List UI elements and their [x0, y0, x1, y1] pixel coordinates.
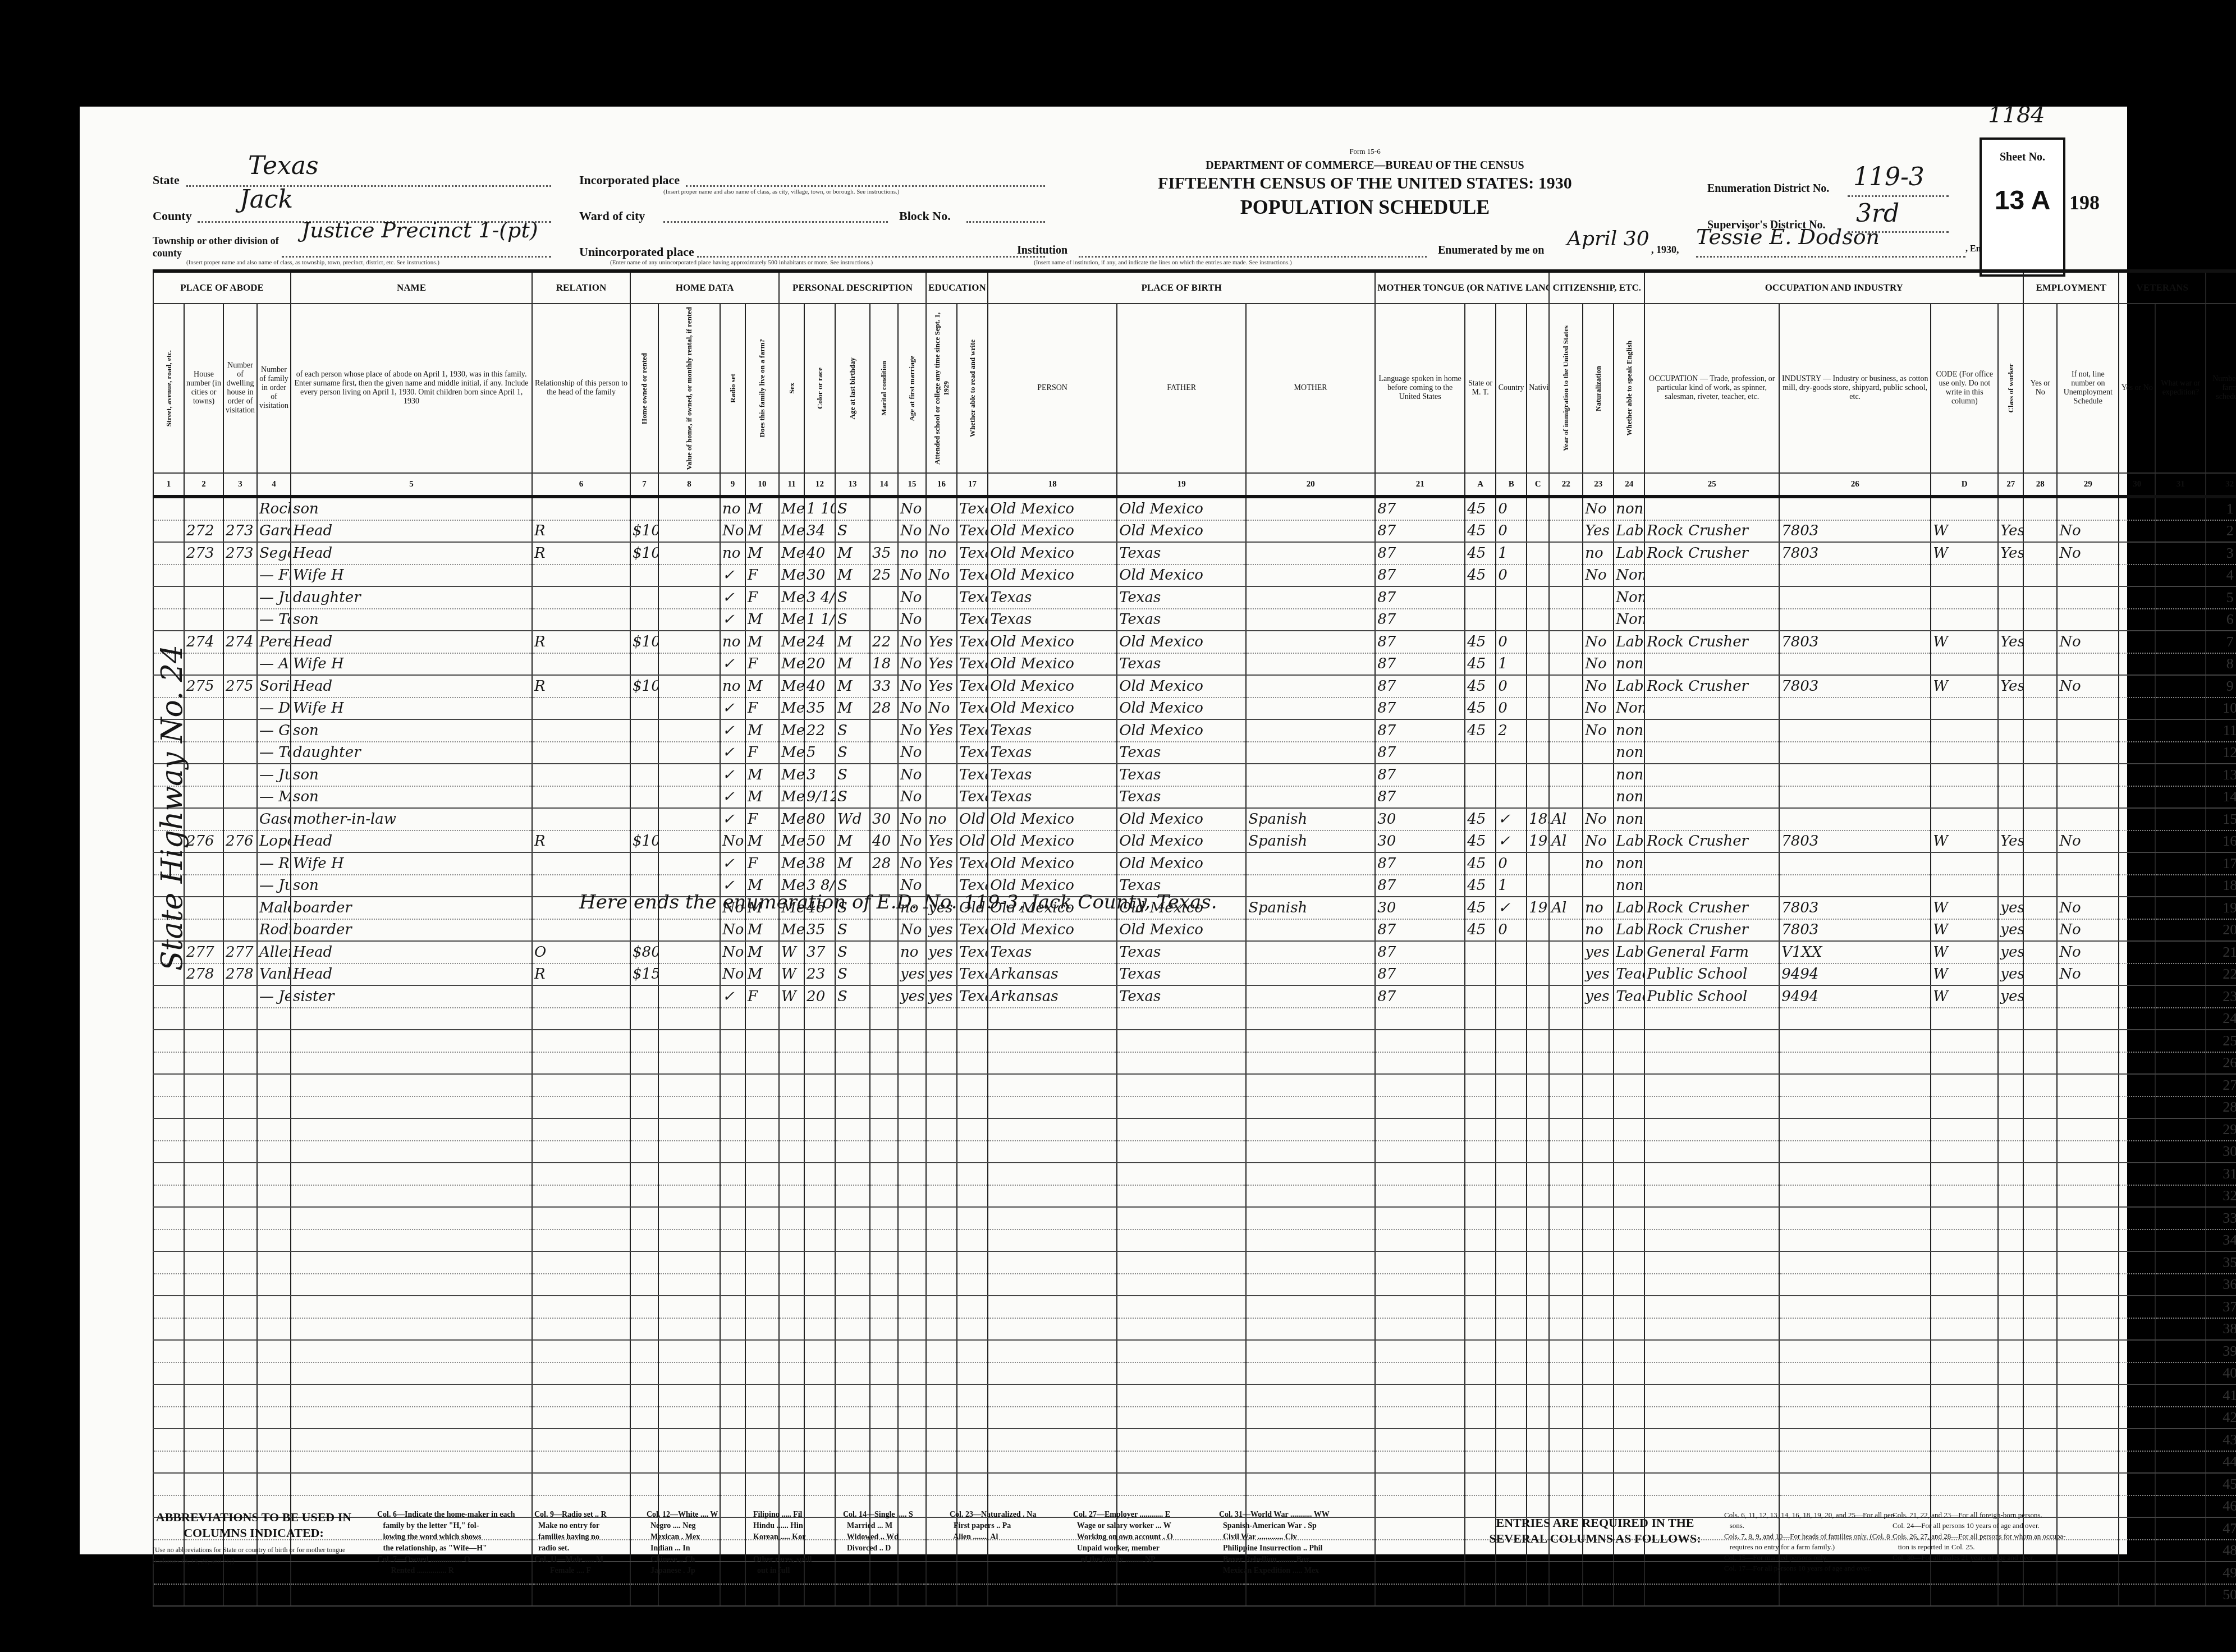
cell-race [779, 1362, 804, 1385]
cell-code-a [1375, 1495, 1465, 1518]
cell-street [153, 1318, 184, 1341]
cell-line: 41 [2206, 1384, 2236, 1407]
cell-birth-person: Texas [957, 586, 988, 609]
cell-read-write: Yes [926, 830, 957, 853]
cell-dwelling [184, 1229, 223, 1252]
cell-line: 9 [2206, 675, 2236, 697]
cell-code-c: ✓ [1496, 808, 1527, 830]
cell-first-marriage: 40 [870, 830, 898, 853]
cell-dwelling [184, 586, 223, 609]
cell-immigration [1527, 919, 1549, 942]
cell-immigration [1527, 1384, 1549, 1407]
cell-naturalization: Al [1549, 808, 1583, 830]
cell-veteran [2057, 586, 2119, 609]
column-header-label: If not, line number on Unemployment Sche… [2059, 370, 2116, 406]
cell-english [1583, 1118, 1614, 1141]
cell-language: Spanish [1246, 808, 1375, 830]
table-row: 30 [153, 1141, 2236, 1163]
cell-code-b [1465, 742, 1496, 764]
cell-farm-schedule [2155, 764, 2206, 786]
cell-unemp-line [2023, 675, 2057, 697]
cell-birth-mother [1117, 1340, 1246, 1362]
cell-at-work [1998, 1407, 2023, 1429]
cell-birth-father [988, 1207, 1117, 1229]
cell-code-c: ✓ [1496, 830, 1527, 853]
cell-radio [658, 586, 720, 609]
column-group-header: PERSONAL DESCRIPTION [779, 271, 926, 304]
cell-code-c [1496, 1340, 1527, 1362]
cell-unemp-line [2023, 1030, 2057, 1052]
cell-radio [658, 1340, 720, 1362]
cell-industry: Public School [1644, 985, 1779, 1008]
cell-sex: F [745, 742, 779, 764]
column-number: 4 [257, 473, 291, 497]
abbr-col12b: Filipino ..... Fil Hindu ...... Hin Kore… [753, 1509, 812, 1577]
cell-birth-person: Texas [957, 520, 988, 543]
cell-family [223, 653, 257, 676]
cell-value [630, 919, 658, 942]
cell-code-b: 45 [1465, 565, 1496, 587]
cell-birth-father: Old Mexico [988, 808, 1117, 830]
cell-line: 48 [2206, 1540, 2236, 1562]
cell-sex [745, 1074, 779, 1096]
cell-english: No [1583, 653, 1614, 676]
cell-farm-schedule [2155, 1562, 2206, 1584]
column-header-label: Class of worker [2006, 364, 2015, 412]
cell-birth-person [957, 1163, 988, 1185]
cell-first-marriage: 28 [870, 852, 898, 875]
cell-birth-mother [1117, 1296, 1246, 1318]
column-number: 20 [1246, 473, 1375, 497]
cell-owned [532, 1118, 630, 1141]
cell-birth-person [957, 1584, 988, 1607]
table-row: 35 [153, 1251, 2236, 1274]
cell-birth-person: Texas [957, 497, 988, 520]
cell-relation: Head [291, 542, 532, 565]
table-row: 272273Garcia, JacintoHeadR$10NoMMex34SNo… [153, 520, 2236, 543]
cell-code-d [1779, 1429, 1931, 1451]
cell-relation: Wife H [291, 697, 532, 720]
cell-relation [291, 1052, 532, 1075]
cell-code-b [1465, 1118, 1496, 1141]
cell-immigration [1527, 609, 1549, 631]
cell-dwelling [184, 1163, 223, 1185]
cell-code-d [1779, 1451, 1931, 1474]
cell-war [2119, 1340, 2155, 1362]
cell-name: Maldonado, Migel [257, 897, 291, 919]
cell-birth-person: Texas [957, 565, 988, 587]
cell-line: 15 [2206, 808, 2236, 830]
cell-sex [745, 1118, 779, 1141]
cell-school [898, 1318, 926, 1341]
cell-race: Mex [779, 919, 804, 942]
cell-birth-person: Texas [957, 609, 988, 631]
cell-line: 28 [2206, 1096, 2236, 1119]
cell-veteran [2057, 1296, 2119, 1318]
cell-industry [1644, 1274, 1779, 1296]
column-header-label: Year of immigration to the United States [1561, 325, 1570, 451]
cell-farm-schedule [2155, 919, 2206, 942]
cell-race [779, 1096, 804, 1119]
table-row: 27 [153, 1074, 2236, 1096]
cell-class: W [1931, 919, 1998, 942]
cell-birth-person [957, 1473, 988, 1495]
cell-war [2119, 808, 2155, 830]
cell-radio [658, 609, 720, 631]
cell-veteran: No [2057, 675, 2119, 697]
cell-immigration [1527, 985, 1549, 1008]
cell-veteran [2057, 497, 2119, 520]
cell-sex: M [745, 609, 779, 631]
cell-sex [745, 1318, 779, 1341]
cell-code-c [1496, 1207, 1527, 1229]
cell-farm-schedule [2155, 1096, 2206, 1119]
cell-relation: Head [291, 675, 532, 697]
cell-code-d [1779, 1052, 1931, 1075]
cell-line: 24 [2206, 1008, 2236, 1030]
cell-industry [1644, 653, 1779, 676]
cell-dwelling [184, 1030, 223, 1052]
cell-family [223, 1473, 257, 1495]
cell-radio [658, 1384, 720, 1407]
cell-code-b [1465, 586, 1496, 609]
abbr-col6: Col. 6—Indicate the home-maker in each f… [377, 1509, 515, 1577]
cell-at-work [1998, 1340, 2023, 1362]
column-header-label: State or M. T. [1467, 379, 1493, 397]
table-row: 29 [153, 1118, 2236, 1141]
cell-first-marriage [870, 1296, 898, 1318]
cell-immigration [1527, 1407, 1549, 1429]
cell-birth-father [988, 1074, 1117, 1096]
cell-naturalization [1549, 1118, 1583, 1141]
cell-farm: ✓ [720, 808, 745, 830]
cell-line: 22 [2206, 963, 2236, 986]
table-row: 50 [153, 1584, 2236, 1607]
cell-name [257, 1340, 291, 1362]
table-row: 36 [153, 1274, 2236, 1296]
cell-age [804, 1473, 835, 1495]
cell-class: W [1931, 897, 1998, 919]
cell-immigration [1527, 1096, 1549, 1119]
cell-read-write: Yes [926, 675, 957, 697]
cell-at-work [1998, 1296, 2023, 1318]
cell-first-marriage [870, 1030, 898, 1052]
column-number: 16 [926, 473, 957, 497]
cell-first-marriage [870, 1362, 898, 1385]
cell-value [630, 497, 658, 520]
cell-language [1246, 1163, 1375, 1185]
cell-code-b [1465, 1163, 1496, 1185]
cell-owned [532, 1141, 630, 1163]
column-number: B [1496, 473, 1527, 497]
cell-race: Mex [779, 631, 804, 653]
cell-code-b [1465, 1185, 1496, 1208]
cell-age: 1 1/12 [804, 609, 835, 631]
ed-label: Enumeration District No. [1707, 182, 1829, 195]
cell-code-c [1496, 1451, 1527, 1474]
cell-language [1246, 1296, 1375, 1318]
cell-school [898, 1340, 926, 1362]
cell-marital [835, 1429, 870, 1451]
cell-farm-schedule [2155, 1207, 2206, 1229]
cell-birth-father: Old Mexico [988, 653, 1117, 676]
cell-school: No [898, 631, 926, 653]
cell-owned: R [532, 963, 630, 986]
cell-age: 24 [804, 631, 835, 653]
cell-at-work [1998, 1052, 2023, 1075]
cell-line: 35 [2206, 1251, 2236, 1274]
column-number: 15 [898, 473, 926, 497]
cell-unemp-line [2023, 1118, 2057, 1141]
cell-radio [658, 919, 720, 942]
cell-english [1583, 1296, 1614, 1318]
cell-code-b [1465, 1251, 1496, 1274]
cell-immigration [1527, 1362, 1549, 1385]
cell-at-work: yes [1998, 985, 2023, 1008]
column-header: Year of immigration to the United States [1549, 304, 1583, 473]
cell-school [898, 1118, 926, 1141]
block-label: Block No. [899, 209, 951, 223]
cell-code-b [1465, 1229, 1496, 1252]
cell-relation [291, 1473, 532, 1495]
cell-street [153, 1163, 184, 1185]
cell-industry [1644, 609, 1779, 631]
cell-class [1931, 1274, 1998, 1296]
cell-occupation: None [1614, 586, 1644, 609]
cell-occupation: Laborer [1614, 941, 1644, 963]
cell-school [898, 1473, 926, 1495]
cell-radio [658, 1251, 720, 1274]
cell-naturalization [1549, 985, 1583, 1008]
cell-school [898, 1251, 926, 1274]
cell-school [898, 1429, 926, 1451]
cell-naturalization [1549, 1407, 1583, 1429]
cell-veteran [2057, 565, 2119, 587]
cell-code-a: 87 [1375, 852, 1465, 875]
cell-line: 30 [2206, 1141, 2236, 1163]
cell-code-b [1465, 1074, 1496, 1096]
cell-race [779, 1141, 804, 1163]
cell-code-d: 7803 [1779, 520, 1931, 543]
cell-radio [658, 1584, 720, 1607]
cell-family: 274 [223, 631, 257, 653]
cell-class [1931, 1562, 1998, 1584]
cell-veteran [2057, 719, 2119, 742]
cell-first-marriage: 35 [870, 542, 898, 565]
cell-english [1583, 1074, 1614, 1096]
column-header-label: OCCUPATION — Trade, profession, or parti… [1647, 375, 1777, 402]
cell-farm: No [720, 830, 745, 853]
column-header: INDUSTRY — Industry or business, as cott… [1779, 304, 1931, 473]
cell-farm: No [720, 520, 745, 543]
cell-english [1583, 1052, 1614, 1075]
table-row: 41 [153, 1384, 2236, 1407]
table-row: — Juanitadaughter✓FMex3 4/12SNoTexasTexa… [153, 586, 2236, 609]
cell-birth-person: Texas [957, 919, 988, 942]
cell-name: Rodriguez, Marcelo [257, 919, 291, 942]
cell-radio [658, 653, 720, 676]
cell-sex [745, 1451, 779, 1474]
cell-family: 278 [223, 963, 257, 986]
cell-language [1246, 1185, 1375, 1208]
cell-industry [1644, 1251, 1779, 1274]
column-header: Whether able to read and write [957, 304, 988, 473]
cell-relation [291, 1584, 532, 1607]
cell-read-write [926, 1429, 957, 1451]
cell-code-b: 45 [1465, 675, 1496, 697]
cell-radio [658, 1407, 720, 1429]
cell-class [1931, 1251, 1998, 1274]
cell-code-a [1375, 1118, 1465, 1141]
cell-birth-mother: Texas [1117, 609, 1246, 631]
cell-farm: ✓ [720, 719, 745, 742]
cell-race: W [779, 985, 804, 1008]
cell-relation: son [291, 875, 532, 897]
column-header-label: Whether able to read and write [968, 339, 977, 437]
cell-owned: O [532, 941, 630, 963]
cell-race: Mex [779, 830, 804, 853]
cell-age [804, 1362, 835, 1385]
cell-birth-mother [1117, 1118, 1246, 1141]
cell-code-b: 45 [1465, 897, 1496, 919]
cell-class [1931, 1318, 1998, 1341]
cell-line: 26 [2206, 1052, 2236, 1075]
cell-sex: M [745, 497, 779, 520]
cell-value [630, 1052, 658, 1075]
cell-sex [745, 1030, 779, 1052]
cell-at-work [1998, 1229, 2023, 1252]
cell-race [779, 1318, 804, 1341]
cell-code-d [1779, 1008, 1931, 1030]
cell-industry [1644, 808, 1779, 830]
cell-dwelling [184, 609, 223, 631]
cell-unemp-line [2023, 1384, 2057, 1407]
cell-farm-schedule [2155, 897, 2206, 919]
cell-english: yes [1583, 985, 1614, 1008]
cell-read-write: Yes [926, 653, 957, 676]
cell-owned [532, 742, 630, 764]
column-number: 13 [835, 473, 870, 497]
cell-farm-schedule [2155, 1052, 2206, 1075]
cell-name [257, 1052, 291, 1075]
cell-school: No [898, 586, 926, 609]
cell-language [1246, 985, 1375, 1008]
column-header: Nativity [1527, 304, 1549, 473]
cell-relation [291, 1318, 532, 1341]
cell-class [1931, 609, 1998, 631]
cell-code-b [1465, 609, 1496, 631]
cell-naturalization [1549, 1429, 1583, 1451]
cell-dwelling [184, 1052, 223, 1075]
cell-marital: Wd [835, 808, 870, 830]
cell-street [153, 1473, 184, 1495]
cell-immigration [1527, 764, 1549, 786]
cell-age: 1 10/12 [804, 497, 835, 520]
cell-family [223, 1141, 257, 1163]
cell-war [2119, 1251, 2155, 1274]
cell-occupation: Laborer [1614, 919, 1644, 942]
cell-read-write [926, 609, 957, 631]
cell-line: 8 [2206, 653, 2236, 676]
cell-occupation [1614, 1141, 1644, 1163]
cell-occupation: none [1614, 786, 1644, 809]
cell-occupation: Laborer [1614, 520, 1644, 543]
column-header-label: Number of dwelling house in order of vis… [226, 361, 255, 415]
cell-age [804, 1229, 835, 1252]
cell-name: Allen, Willie [257, 941, 291, 963]
column-number: 30 [2119, 473, 2155, 497]
cell-farm-schedule [2155, 1540, 2206, 1562]
cell-war [2119, 897, 2155, 919]
cell-farm [720, 1318, 745, 1341]
cell-veteran [2057, 697, 2119, 720]
column-header-label: Does this family live on a farm? [758, 339, 767, 437]
cell-owned [532, 808, 630, 830]
cell-industry [1644, 1407, 1779, 1429]
cell-farm-schedule [2155, 830, 2206, 853]
cell-industry [1644, 742, 1779, 764]
cell-dwelling [184, 742, 223, 764]
cell-at-work [1998, 1274, 2023, 1296]
cell-owned [532, 1074, 630, 1096]
column-number: 25 [1644, 473, 1779, 497]
cell-class [1931, 1141, 1998, 1163]
cell-english [1583, 1318, 1614, 1341]
cell-code-c [1496, 1362, 1527, 1385]
column-header-label: MOTHER [1248, 384, 1373, 393]
column-header-label: Nativity [1529, 384, 1547, 393]
cell-naturalization [1549, 1074, 1583, 1096]
cell-war [2119, 586, 2155, 609]
cell-relation: mother-in-law [291, 808, 532, 830]
cell-naturalization [1549, 786, 1583, 809]
cell-race: Mex [779, 653, 804, 676]
cell-farm: no [720, 497, 745, 520]
cell-farm [720, 1517, 745, 1540]
cell-first-marriage [870, 1318, 898, 1341]
cell-read-write [926, 1118, 957, 1141]
cell-english [1583, 742, 1614, 764]
cell-first-marriage [870, 1008, 898, 1030]
form-number: Form 15-6 [1067, 147, 1662, 156]
cell-english: Yes [1583, 520, 1614, 543]
cell-immigration [1527, 1251, 1549, 1274]
cell-naturalization [1549, 1141, 1583, 1163]
cell-race: Mex [779, 697, 804, 720]
cell-immigration [1527, 542, 1549, 565]
cell-family [223, 719, 257, 742]
cell-industry [1644, 1384, 1779, 1407]
cell-code-b: 45 [1465, 808, 1496, 830]
cell-industry: Rock Crusher [1644, 542, 1779, 565]
cell-family [223, 565, 257, 587]
cell-race [779, 1251, 804, 1274]
cell-occupation: Laborer [1614, 675, 1644, 697]
cell-race [779, 1008, 804, 1030]
cell-marital: M [835, 697, 870, 720]
column-header: Whether able to speak English [1614, 304, 1644, 473]
cell-farm-schedule [2155, 542, 2206, 565]
cell-code-a: 87 [1375, 675, 1465, 697]
cell-name: — Antonia [257, 653, 291, 676]
cell-birth-mother [1117, 1030, 1246, 1052]
column-number: 31 [2155, 473, 2206, 497]
cell-relation: boarder [291, 919, 532, 942]
cell-industry [1644, 786, 1779, 809]
cell-language [1246, 1141, 1375, 1163]
cell-farm [720, 1274, 745, 1296]
column-header-label: CODE (For office use only. Do not write … [1933, 370, 1996, 406]
